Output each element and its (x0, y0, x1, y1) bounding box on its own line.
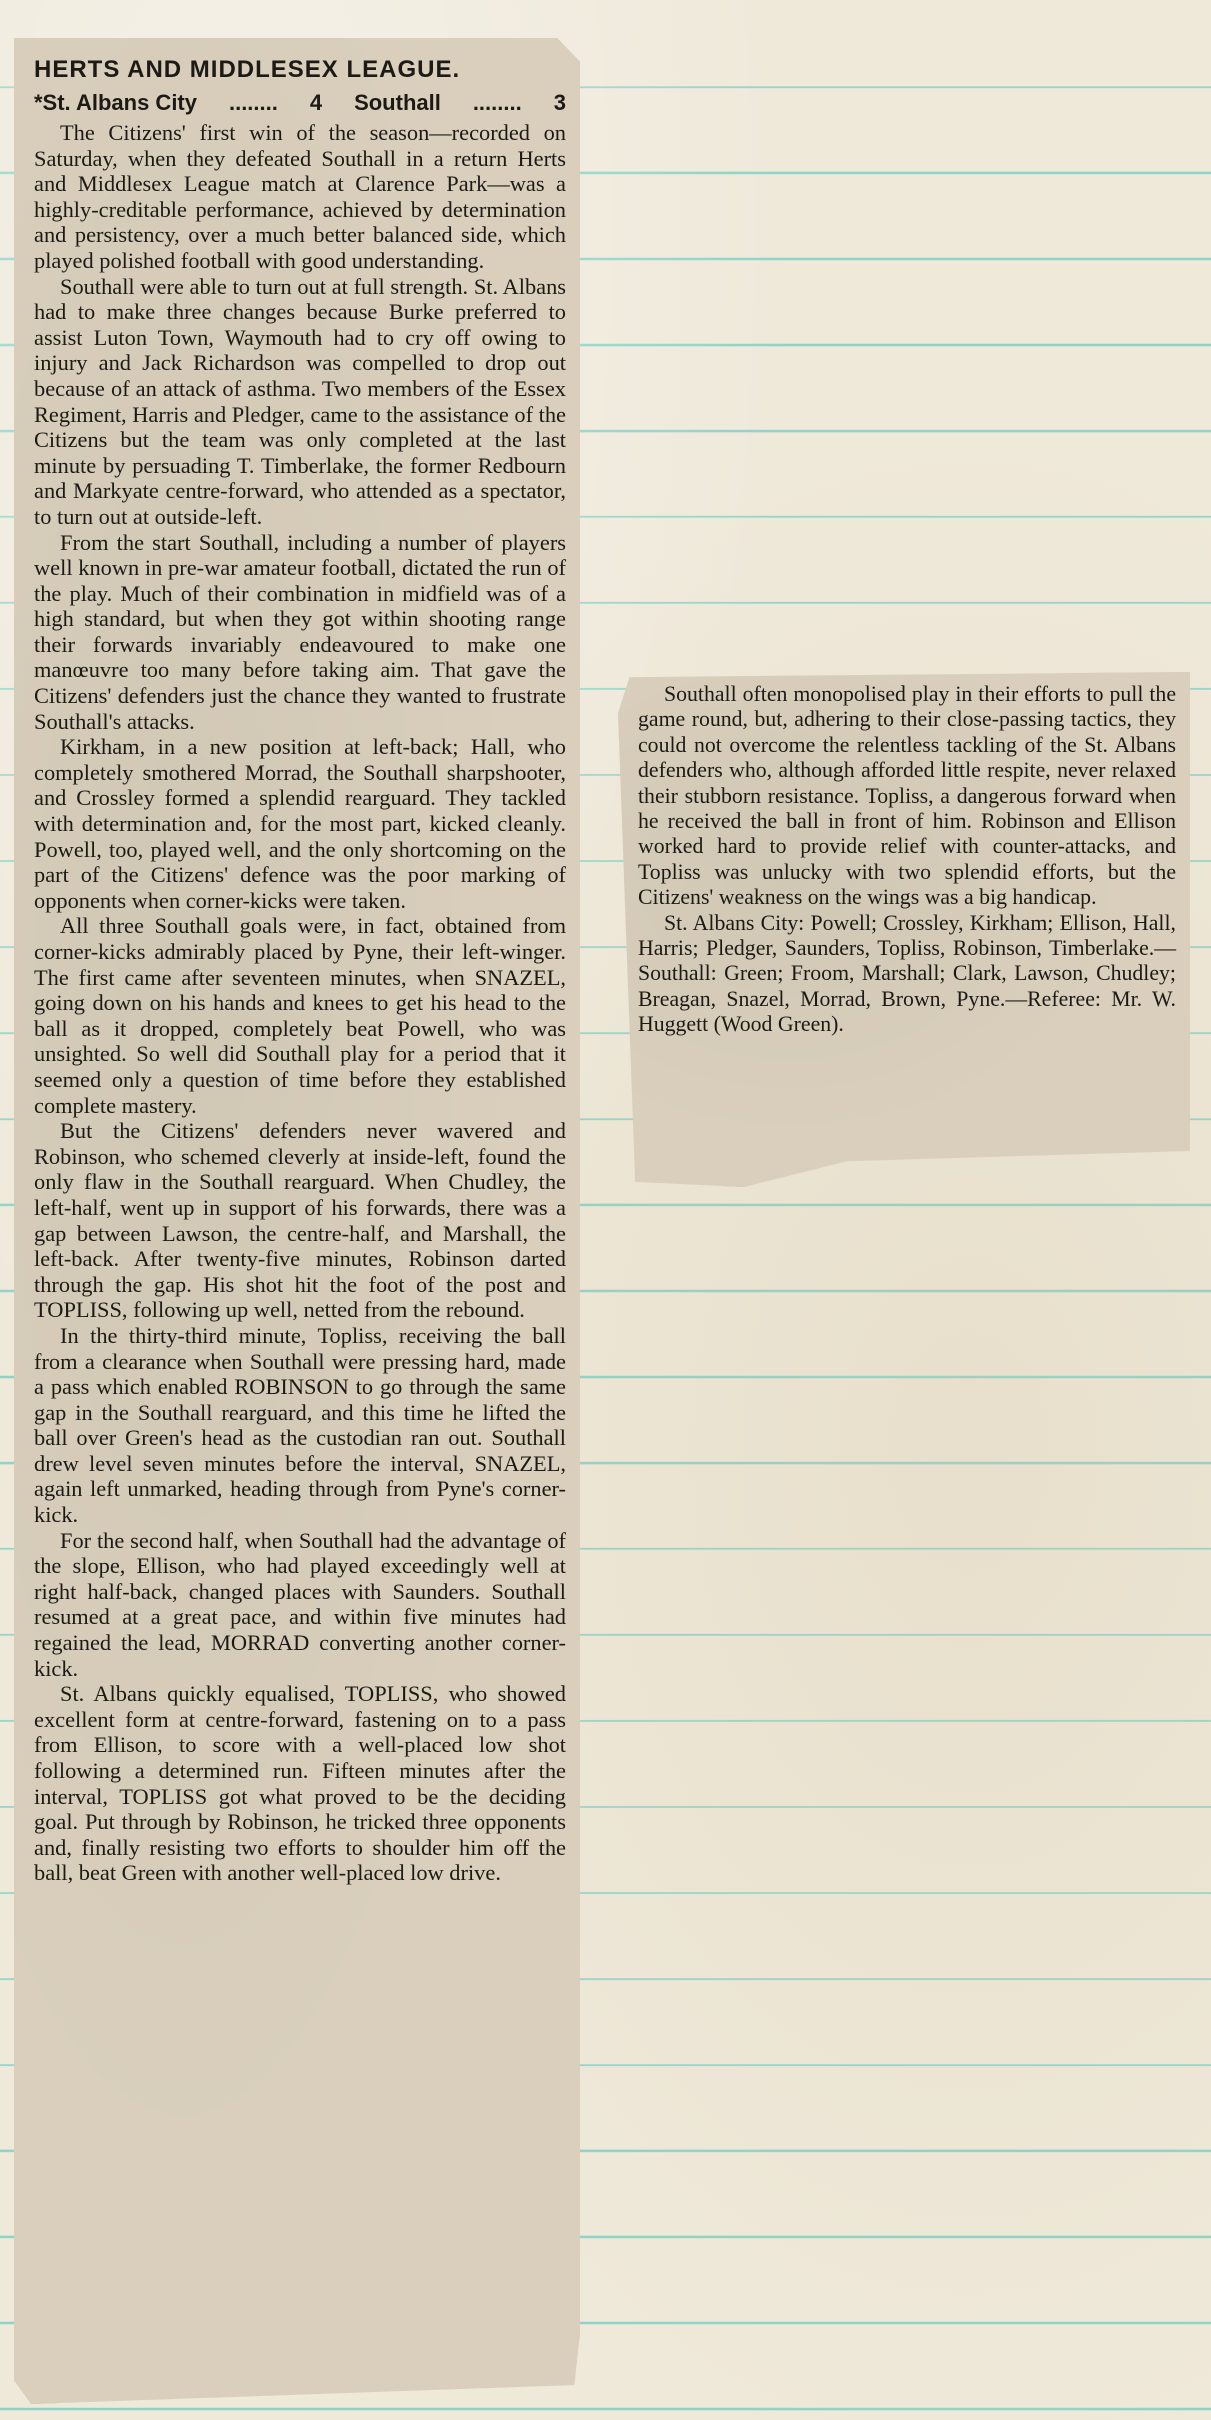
article-paragraph: Southall often monopolised play in their… (638, 682, 1176, 911)
article-paragraph: All three Southall goals were, in fact, … (34, 913, 566, 1118)
away-team: Southall (354, 90, 441, 116)
newspaper-clipping-main: HERTS AND MIDDLESEX LEAGUE. *St. Albans … (14, 38, 580, 2404)
leader-dots: ........ (229, 90, 278, 116)
newspaper-clipping-continuation: Southall often monopolised play in their… (618, 672, 1190, 1187)
home-score: 4 (310, 90, 322, 116)
match-scoreline: *St. Albans City ........ 4 Southall ...… (34, 90, 566, 116)
ledger-page: HERTS AND MIDDLESEX LEAGUE. *St. Albans … (0, 0, 1211, 2420)
article-paragraph: From the start Southall, including a num… (34, 530, 566, 735)
article-paragraph: For the second half, when Southall had t… (34, 1528, 566, 1682)
article-paragraph: Southall were able to turn out at full s… (34, 274, 566, 530)
leader-dots: ........ (473, 90, 522, 116)
article-paragraph: But the Citizens' defenders never wavere… (34, 1118, 566, 1323)
article-paragraph: St. Albans quickly equalised, TOPLISS, w… (34, 1681, 566, 1886)
home-team: *St. Albans City (34, 90, 197, 116)
league-heading: HERTS AND MIDDLESEX LEAGUE. (34, 56, 566, 84)
article-paragraph: The Citizens' first win of the season—re… (34, 120, 566, 274)
article-paragraph: In the thirty-third minute, Topliss, rec… (34, 1323, 566, 1528)
article-paragraph: Kirkham, in a new position at left-back;… (34, 734, 566, 913)
away-score: 3 (554, 90, 566, 116)
team-lineups: St. Albans City: Powell; Crossley, Kirkh… (638, 911, 1176, 1038)
